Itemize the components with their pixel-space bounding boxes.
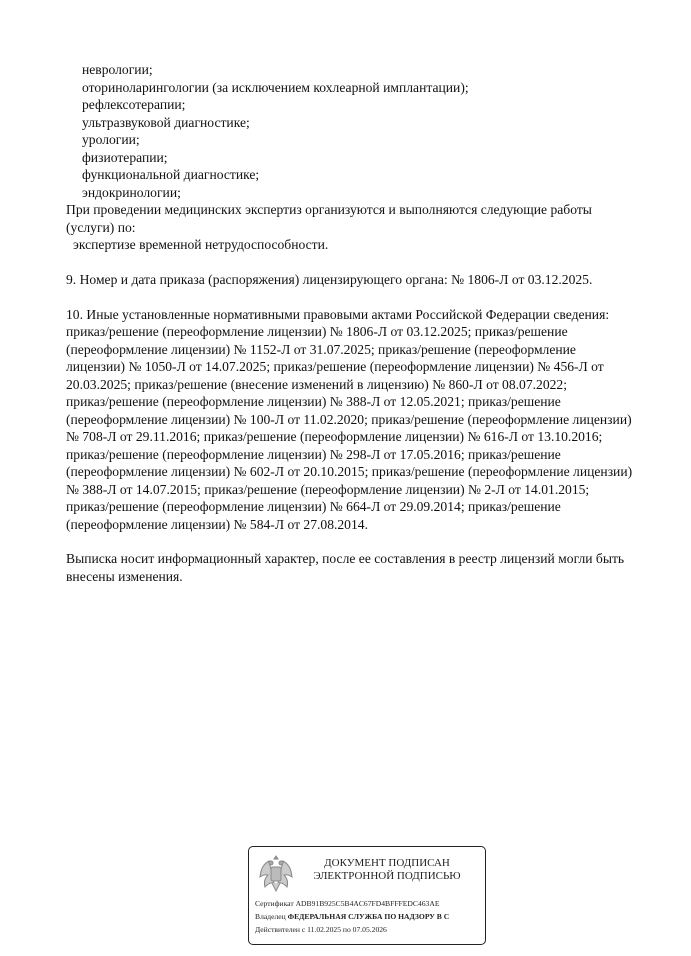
expertise-intro-cont: (услуги) по: bbox=[66, 219, 136, 237]
section-10-line: лицензии) № 1050-Л от 14.07.2025; приказ… bbox=[66, 358, 604, 376]
document-page: неврологии; оториноларингологии (за искл… bbox=[0, 0, 691, 956]
section-10-line: приказ/решение (переоформление лицензии)… bbox=[66, 446, 561, 464]
section-10-line: приказ/решение (переоформление лицензии)… bbox=[66, 323, 568, 341]
stamp-validity: Действителен с 11.02.2025 по 07.05.2026 bbox=[255, 925, 387, 935]
section-10-line: (переоформление лицензии) № 584-Л от 27.… bbox=[66, 516, 368, 534]
section-10-line: № 708-Л от 29.11.2016; приказ/решение (п… bbox=[66, 428, 602, 446]
list-item: эндокринологии; bbox=[82, 184, 181, 202]
list-item: рефлексотерапии; bbox=[82, 96, 185, 114]
owner-label: Владелец bbox=[255, 912, 286, 921]
section-10-line: приказ/решение (переоформление лицензии)… bbox=[66, 498, 561, 516]
stamp-title-cont: ЭЛЕКТРОННОЙ ПОДПИСЬЮ bbox=[299, 870, 475, 883]
disclaimer-text-cont: внесены изменения. bbox=[66, 568, 183, 586]
expertise-intro: При проведении медицинских экспертиз орг… bbox=[66, 201, 592, 219]
electronic-signature-stamp: ДОКУМЕНТ ПОДПИСАН ЭЛЕКТРОННОЙ ПОДПИСЬЮ С… bbox=[248, 846, 486, 945]
section-10-line: (переоформление лицензии) № 1152-Л от 31… bbox=[66, 341, 576, 359]
certificate-label: Сертификат bbox=[255, 899, 294, 908]
section-10-heading: 10. Иные установленные нормативными прав… bbox=[66, 306, 609, 324]
expertise-item: экспертизе временной нетрудоспособности. bbox=[73, 236, 328, 254]
section-10-line: (переоформление лицензии) № 100-Л от 11.… bbox=[66, 411, 632, 429]
stamp-owner: Владелец ФЕДЕРАЛЬНАЯ СЛУЖБА ПО НАДЗОРУ В… bbox=[255, 912, 449, 922]
list-item: функциональной диагностике; bbox=[82, 166, 259, 184]
section-10-line: 20.03.2025; приказ/решение (внесение изм… bbox=[66, 376, 567, 394]
list-item: неврологии; bbox=[82, 61, 153, 79]
section-10-line: (переоформление лицензии) № 602-Л от 20.… bbox=[66, 463, 632, 481]
stamp-title: ДОКУМЕНТ ПОДПИСАН bbox=[299, 857, 475, 870]
section-10-line: приказ/решение (переоформление лицензии)… bbox=[66, 393, 561, 411]
list-item: оториноларингологии (за исключением кохл… bbox=[82, 79, 469, 97]
stamp-certificate: Сертификат ADB91B925C5B4AC67FD4BFFFEDC46… bbox=[255, 899, 439, 909]
list-item: урологии; bbox=[82, 131, 140, 149]
owner-value: ФЕДЕРАЛЬНАЯ СЛУЖБА ПО НАДЗОРУ В С bbox=[288, 912, 450, 921]
disclaimer-text: Выписка носит информационный характер, п… bbox=[66, 550, 624, 568]
russian-coat-of-arms-icon bbox=[257, 853, 295, 897]
certificate-value: ADB91B925C5B4AC67FD4BFFFEDC463AE bbox=[296, 899, 440, 908]
list-item: ультразвуковой диагностике; bbox=[82, 114, 250, 132]
section-9-order: 9. Номер и дата приказа (распоряжения) л… bbox=[66, 271, 592, 289]
section-10-line: № 388-Л от 14.07.2015; приказ/решение (п… bbox=[66, 481, 589, 499]
list-item: физиотерапии; bbox=[82, 149, 168, 167]
